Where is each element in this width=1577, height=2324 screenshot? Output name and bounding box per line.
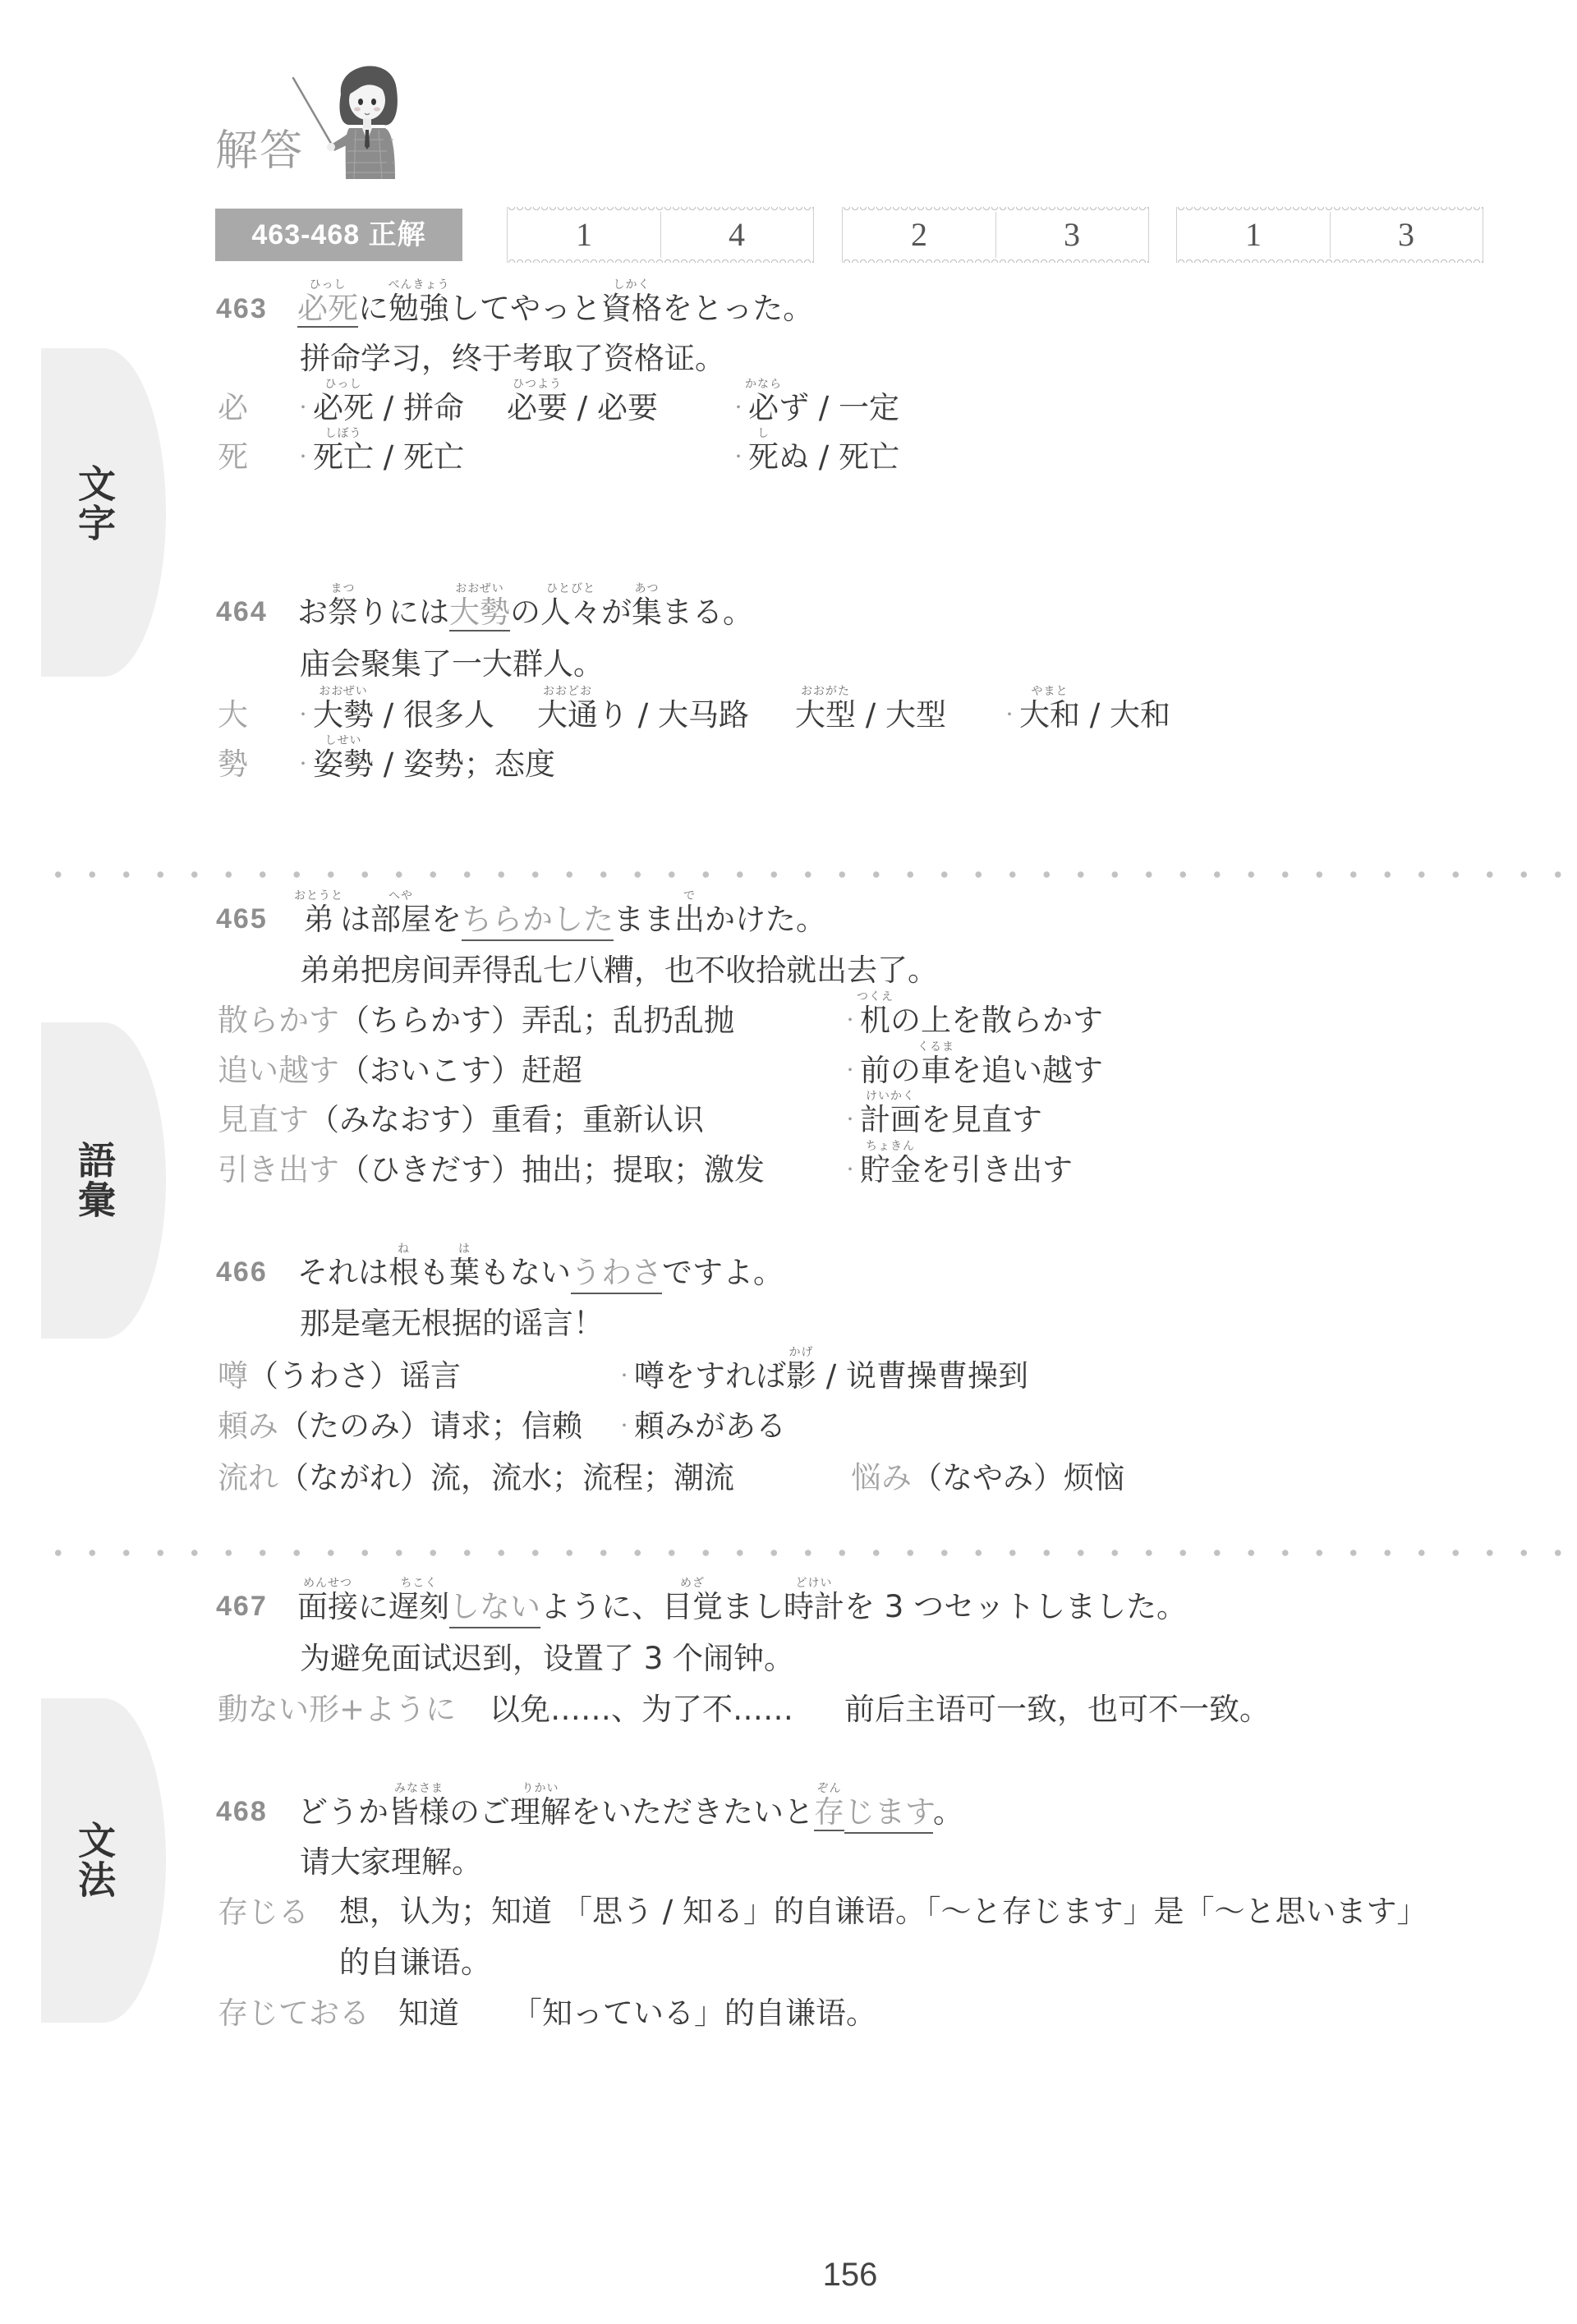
text-segment: が	[601, 595, 632, 630]
grammar-pattern: 存じておる	[218, 1998, 370, 2028]
grammar-meaning: 知道	[398, 1998, 459, 2028]
vocab-example: ・ 頼みがある	[634, 1411, 786, 1441]
furigana: ぞん	[817, 1783, 842, 1794]
ruby-word: 葉は	[449, 1257, 480, 1288]
ruby-word: 理解りかい	[510, 1797, 571, 1827]
text-segment: を引き出す	[921, 1152, 1073, 1187]
target-word: 大勢おおぜい	[449, 597, 510, 632]
ruby-word: 死亡しぼう	[313, 442, 374, 472]
question-number: 468	[216, 1798, 268, 1826]
ruby-word: 影かげ	[786, 1361, 816, 1391]
kanji-note-item: ・ 必かならず / 一定	[748, 393, 899, 423]
answer-cell: 3	[1330, 212, 1483, 258]
note-text: 死亡しぼう / 死亡	[313, 439, 464, 475]
ruby-word: 姿勢しせい	[313, 749, 374, 779]
vocab-row: 流れ（ながれ）流，流水；流程；潮流	[218, 1463, 734, 1493]
ruby-word: 大勢おおぜい	[313, 700, 374, 730]
text-segment: かけた。	[705, 902, 826, 937]
vocab-reading: （ちらかす）	[339, 1003, 522, 1038]
text-segment: を見直す	[921, 1102, 1042, 1137]
ruby-word: 計画けいかく	[860, 1105, 921, 1135]
ruby-word: 貯金ちょきん	[860, 1155, 921, 1185]
kanji-note-item: 大通おおどおり / 大马路	[537, 700, 749, 730]
ruby-word: 勉強べんきょう	[389, 293, 449, 324]
furigana: しせい	[325, 735, 362, 746]
translation: 拼命学习，终于考取了资格证。	[300, 343, 725, 374]
kanji-note-item: ・ 死しぬ / 死亡	[748, 442, 899, 472]
bullet-icon: ・	[295, 393, 311, 423]
vocab-row: 悩み（なやみ）烦恼	[851, 1463, 1124, 1493]
example-text: 前の車くるまを追い越す	[860, 1053, 1103, 1088]
vocab-row: 頼み（たのみ）请求；信赖	[218, 1411, 582, 1441]
furigana: ひっし	[325, 379, 362, 390]
question-number: 463	[216, 295, 268, 323]
vocab-meaning: 弄乱；乱扔乱抛	[522, 1003, 734, 1038]
bullet-icon: ・	[1001, 700, 1018, 730]
furigana: おおどお	[543, 686, 592, 697]
text-segment: お	[297, 595, 328, 630]
kanji-note-item: ・ 死亡しぼう / 死亡	[313, 442, 464, 472]
ruby-word: 皆様みなさま	[389, 1797, 449, 1827]
kanji-label: 死	[218, 442, 248, 472]
page-number: 156	[0, 2258, 1577, 2291]
grammar-pattern: 動ない形+ように	[218, 1694, 456, 1725]
note-text: 大型おおがた / 大型	[795, 697, 946, 733]
side-tab-bunpo-label: 文法	[74, 1821, 115, 1899]
translation: 请大家理解。	[300, 1847, 482, 1877]
text-segment: どうか	[297, 1794, 389, 1830]
vocab-example: ・ 貯金ちょきんを引き出す	[860, 1155, 1073, 1185]
vocab-reading: （ながれ）	[278, 1460, 430, 1495]
side-tab-goi-label: 語彙	[74, 1141, 115, 1219]
vocab-term: 悩み	[851, 1460, 912, 1495]
text-segment: も	[419, 1255, 449, 1290]
grammar-note: 前后主语可一致，也可不一致。	[844, 1694, 1270, 1725]
text-segment: ぬ / 死亡	[779, 439, 899, 475]
text-segment: してやっと	[449, 291, 601, 326]
text-segment: を 3 つセットしました。	[844, 1589, 1187, 1624]
vocab-term: 散らかす	[218, 1003, 339, 1038]
text-segment: まし	[723, 1589, 784, 1624]
furigana: ちこく	[401, 1578, 438, 1589]
kanji-note-item: 必要ひつよう / 必要	[507, 393, 658, 423]
text-segment: 噂をすれば	[634, 1358, 786, 1394]
text-segment: は	[340, 902, 370, 937]
text-segment: それは	[297, 1255, 389, 1290]
text-segment: 。	[933, 1794, 963, 1830]
vocab-meaning: 谣言	[400, 1358, 461, 1394]
ruby-word: 面接めんせつ	[297, 1591, 358, 1622]
teacher-girl-with-pointer-icon	[292, 49, 407, 181]
furigana: ちょきん	[866, 1141, 915, 1152]
furigana: し	[757, 428, 770, 439]
target-word: しない	[449, 1589, 540, 1628]
text-segment: に	[358, 1589, 389, 1624]
furigana: ひっし	[310, 279, 347, 291]
text-segment: ように、	[540, 1589, 662, 1624]
furigana: へや	[389, 890, 413, 902]
ruby-word: 部屋へや	[370, 904, 431, 935]
furigana: めざ	[680, 1578, 705, 1589]
target-word: 必死ひっし	[297, 293, 358, 328]
furigana: くるま	[917, 1041, 954, 1053]
answer-cell: 4	[660, 212, 813, 258]
vocab-reading: （ひきだす）	[339, 1152, 522, 1187]
kanji-label: 勢	[218, 749, 248, 779]
text-segment: / 说曹操曹操到	[816, 1358, 1028, 1394]
text-segment: / 大型	[856, 697, 946, 733]
answer-cell: 3	[995, 212, 1148, 258]
text-segment: に	[358, 291, 389, 326]
textbook-page: 文字 語彙 文法 解答 463-468 正解 1 4	[0, 0, 1577, 2324]
text-segment: の上を散らかす	[890, 1003, 1103, 1038]
furigana: おおぜい	[319, 686, 368, 697]
grammar-meaning: 以免……、为了不……	[490, 1694, 793, 1725]
bullet-icon: ・	[295, 442, 311, 472]
ruby-word: 車くるま	[921, 1055, 951, 1086]
bullet-icon: ・	[730, 393, 747, 423]
target-word: うわさ	[571, 1255, 662, 1294]
target-word: ちらかした	[462, 902, 614, 941]
vocab-reading: （たのみ）	[278, 1408, 430, 1444]
grammar-explanation: 想，认为；知道「思う / 知る」的自谦语。「～と存じます」是「～と思います」的自…	[339, 1886, 1456, 1988]
dotted-separator	[41, 1549, 1577, 1557]
grammar-pattern: 存じる	[218, 1897, 309, 1927]
text-segment: もない	[480, 1255, 571, 1290]
ruby-word: 目覚めざ	[662, 1591, 723, 1622]
ruby-word: 机つくえ	[860, 1005, 890, 1036]
vocab-meaning: 烦恼	[1064, 1460, 1124, 1495]
vocab-term: 見直す	[218, 1102, 309, 1137]
kanji-note-item: ・ 大勢おおぜい / 很多人	[313, 700, 494, 730]
ruby-word: 弟おとうと	[304, 904, 334, 935]
vocab-meaning: 抽出；提取；激发	[522, 1152, 765, 1187]
furigana: ね	[398, 1243, 410, 1255]
furigana: どけい	[796, 1578, 833, 1589]
question-number: 467	[216, 1592, 268, 1620]
furigana: めんせつ	[303, 1578, 352, 1589]
furigana: で	[683, 890, 696, 902]
text-segment: を	[431, 902, 462, 937]
text-segment: ず / 一定	[779, 390, 899, 425]
question-number: 465	[216, 905, 268, 933]
vocab-row: 散らかす（ちらかす）弄乱；乱扔乱抛	[218, 1005, 734, 1036]
ruby-word: 出で	[674, 904, 705, 935]
note-text: 大勢おおぜい / 很多人	[313, 697, 494, 733]
vocab-example: ・ 噂をすれば影かげ / 说曹操曹操到	[634, 1361, 1028, 1391]
bullet-icon: ・	[295, 749, 311, 779]
page-title: 解答	[215, 127, 304, 175]
note-text: 必死ひっし / 拼命	[313, 390, 464, 425]
text-segment: を追い越す	[951, 1053, 1103, 1088]
question-sentence: 弟おとうとは部屋へやをちらかしたまま出でかけた。	[297, 904, 826, 935]
vocab-term: 噂	[218, 1358, 248, 1394]
text-segment: をいただきたいと	[571, 1794, 814, 1830]
target-word: じます	[844, 1794, 933, 1834]
vocab-row: 追い越す（おいこす）赶超	[218, 1055, 582, 1086]
question-number: 464	[216, 598, 268, 626]
kanji-label: 必	[218, 393, 248, 423]
furigana: かげ	[789, 1347, 814, 1358]
furigana: おとうと	[294, 890, 343, 902]
bullet-icon: ・	[616, 1411, 632, 1441]
translation: 那是毫无根据的谣言！	[300, 1308, 604, 1339]
vocab-reading: （なやみ）	[912, 1460, 1064, 1495]
text-segment: / 必要	[568, 390, 658, 425]
ruby-word: 必かなら	[748, 393, 779, 423]
example-text: 噂をすれば影かげ / 说曹操曹操到	[634, 1358, 1028, 1394]
bullet-icon: ・	[842, 1005, 858, 1036]
ruby-word: 大和やまと	[1019, 700, 1080, 730]
answer-cell: 1	[1177, 212, 1330, 258]
answer-group-1: 1 4	[507, 207, 814, 263]
vocab-reading: （みなおす）	[309, 1102, 491, 1137]
kanji-label: 大	[218, 700, 248, 730]
vocab-row: 噂（うわさ）谣言	[218, 1361, 461, 1391]
text-segment: 前の	[860, 1053, 921, 1088]
target-word: 存ぞん	[814, 1797, 844, 1831]
furigana: しぼう	[325, 428, 362, 439]
bullet-icon: ・	[842, 1105, 858, 1135]
furigana: おおぜい	[455, 583, 504, 595]
vocab-row: 見直す（みなおす）重看；重新认识	[218, 1105, 704, 1135]
furigana: まつ	[331, 583, 356, 595]
question-sentence: それは根ねも葉はもないうわさですよ。	[297, 1257, 784, 1288]
wavy-border	[508, 258, 813, 263]
furigana: りかい	[522, 1783, 559, 1794]
grammar-note: 「知っている」的自谦语。	[512, 1998, 876, 2028]
ruby-word: 人々ひとびと	[540, 597, 601, 627]
example-text: 頼みがある	[634, 1408, 786, 1444]
vocab-row: 引き出す（ひきだす）抽出；提取；激发	[218, 1155, 765, 1185]
vocab-reading: （おいこす）	[339, 1053, 522, 1088]
answer-group-2: 2 3	[842, 207, 1149, 263]
furigana: しかく	[614, 279, 651, 291]
text-segment: まま	[614, 902, 674, 937]
furigana: ひつよう	[513, 379, 562, 390]
vocab-meaning: 重看；重新认识	[491, 1102, 704, 1137]
vocab-example: ・ 机つくえの上を散らかす	[860, 1005, 1103, 1036]
ruby-word: 大型おおがた	[795, 700, 856, 730]
text-segment: のご	[449, 1794, 510, 1830]
bullet-icon: ・	[842, 1055, 858, 1086]
furigana: かなら	[745, 379, 782, 390]
furigana: みなさま	[394, 1783, 444, 1794]
furigana: おおがた	[801, 686, 850, 697]
wavy-border	[1177, 258, 1483, 263]
question-sentence: お祭まつりには大勢おおぜいの人々ひとびとが集あつまる。	[297, 597, 753, 627]
grammar-meaning: 想，认为；知道	[339, 1894, 552, 1929]
kanji-note-item: ・ 大和やまと / 大和	[1019, 700, 1170, 730]
text-segment: / 死亡	[374, 439, 464, 475]
note-text: 死しぬ / 死亡	[748, 439, 899, 475]
ruby-word: 必要ひつよう	[507, 393, 568, 423]
translation: 弟弟把房间弄得乱七八糟，也不收拾就出去了。	[300, 955, 938, 985]
vocab-meaning: 流，流水；流程；潮流	[430, 1460, 734, 1495]
question-sentence: どうか皆様みなさまのご理解りかいをいただきたいと存ぞんじます。	[297, 1797, 963, 1827]
ruby-word: 時計どけい	[784, 1591, 844, 1622]
side-tab-moji-label: 文字	[74, 464, 115, 543]
note-text: 必かならず / 一定	[748, 390, 899, 425]
wavy-border	[843, 258, 1148, 263]
answer-cell: 1	[508, 212, 660, 258]
note-text: 姿勢しせい / 姿势；态度	[313, 746, 555, 782]
answer-range-label: 463-468 正解	[215, 209, 462, 261]
question-sentence: 必死ひっしに勉強べんきょうしてやっと資格しかくをとった。	[297, 293, 813, 324]
vocab-term: 頼み	[218, 1408, 278, 1444]
question-sentence: 面接めんせつに遅刻ちこくしないように、目覚めざまし時計どけいを 3 つセットしま…	[297, 1591, 1187, 1622]
vocab-term: 引き出す	[218, 1152, 339, 1187]
text-segment: / 很多人	[374, 697, 494, 733]
dotted-separator	[41, 870, 1577, 879]
text-segment: り / 大马路	[598, 697, 749, 733]
translation: 为避免面试迟到，设置了 3 个闹钟。	[300, 1643, 794, 1674]
kanji-note-item: ・ 必死ひっし / 拼命	[313, 393, 464, 423]
ruby-word: 祭まつ	[328, 597, 358, 627]
kanji-note-item: ・ 姿勢しせい / 姿势；态度	[313, 749, 555, 779]
furigana: やまと	[1032, 686, 1069, 697]
vocab-reading: （うわさ）	[248, 1358, 400, 1394]
text-segment: / 拼命	[374, 390, 464, 425]
example-text: 貯金ちょきんを引き出す	[860, 1152, 1073, 1187]
question-number: 466	[216, 1258, 268, 1286]
ruby-word: 集あつ	[632, 597, 662, 627]
text-segment: の	[510, 595, 540, 630]
ruby-word: 根ね	[389, 1257, 419, 1288]
ruby-word: 必死ひっし	[313, 393, 374, 423]
note-text: 大和やまと / 大和	[1019, 697, 1170, 733]
text-segment: / 姿势；态度	[374, 746, 555, 782]
furigana: あつ	[635, 583, 660, 595]
bullet-icon: ・	[842, 1155, 858, 1185]
bullet-icon: ・	[730, 442, 747, 472]
kanji-note-item: 大型おおがた / 大型	[795, 700, 946, 730]
answer-group-3: 1 3	[1176, 207, 1483, 263]
ruby-word: 資格しかく	[601, 293, 662, 324]
answer-cell: 2	[843, 212, 995, 258]
vocab-term: 流れ	[218, 1460, 278, 1495]
ruby-word: 遅刻ちこく	[389, 1591, 449, 1622]
vocab-meaning: 赶超	[522, 1053, 582, 1088]
translation: 庙会聚集了一大群人。	[300, 649, 604, 679]
vocab-example: ・ 前の車くるまを追い越す	[860, 1055, 1103, 1086]
text-segment: ですよ。	[662, 1255, 784, 1290]
text-segment: まる。	[662, 595, 753, 630]
ruby-word: 死し	[748, 442, 779, 472]
bullet-icon: ・	[616, 1361, 632, 1391]
bullet-icon: ・	[295, 700, 311, 730]
furigana: べんきょう	[389, 279, 450, 291]
note-text: 必要ひつよう / 必要	[507, 390, 658, 425]
note-text: 大通おおどおり / 大马路	[537, 697, 749, 733]
text-segment: 頼みがある	[634, 1408, 786, 1444]
furigana: は	[458, 1243, 471, 1255]
example-text: 机つくえの上を散らかす	[860, 1003, 1103, 1038]
example-text: 計画けいかくを見直す	[860, 1102, 1042, 1137]
text-segment: / 大和	[1080, 697, 1170, 733]
text-segment: りには	[358, 595, 449, 630]
text-segment: をとった。	[662, 291, 813, 326]
vocab-example: ・ 計画けいかくを見直す	[860, 1105, 1042, 1135]
furigana: けいかく	[866, 1091, 915, 1102]
vocab-meaning: 请求；信赖	[430, 1408, 582, 1444]
vocab-term: 追い越す	[218, 1053, 339, 1088]
ruby-word: 大通おおどお	[537, 700, 598, 730]
furigana: ひとびと	[546, 583, 595, 595]
furigana: つくえ	[857, 991, 894, 1003]
